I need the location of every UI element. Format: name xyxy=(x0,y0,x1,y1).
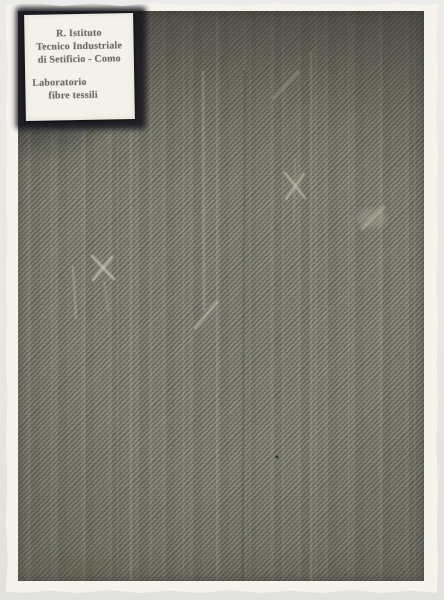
scanned-page-background: R. Istituto Tecnico Industriale di Setif… xyxy=(0,0,444,600)
label-department-line2: fibre tessili xyxy=(25,88,134,103)
label-institute-line3: di Setificio - Como xyxy=(25,52,134,67)
archive-label: R. Istituto Tecnico Industriale di Setif… xyxy=(24,13,135,121)
photo-print: R. Istituto Tecnico Industriale di Setif… xyxy=(6,3,438,593)
